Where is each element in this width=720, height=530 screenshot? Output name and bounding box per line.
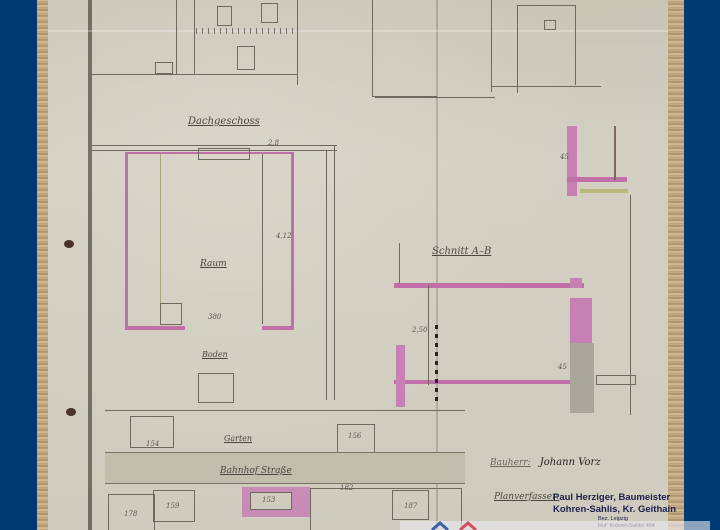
small-plan-label: Boden <box>202 350 228 359</box>
section-title: Schnitt A–B <box>432 246 491 257</box>
paper-hole-top <box>64 240 74 248</box>
planner-label: Planverfasser: <box>494 492 559 502</box>
street-label: Bahnhof Straße <box>220 466 292 476</box>
owner-name: Johann Vorz <box>540 457 601 468</box>
paper-fold-left <box>88 0 92 530</box>
section-height-dim: 2,50 <box>412 326 428 334</box>
paper-fold-center <box>436 0 438 530</box>
left-frame-border <box>0 0 37 530</box>
right-wood-edge <box>668 0 684 530</box>
section-top-dim: 45 <box>560 153 569 161</box>
dim-top: 2,8 <box>268 139 279 147</box>
watermark-band <box>400 521 710 530</box>
right-frame-border <box>684 0 720 530</box>
owner-signature: Bauherr: Johann Vorz <box>490 457 601 468</box>
room-label: Raum <box>200 259 227 269</box>
paper-hole-bottom <box>66 408 76 416</box>
dim-side: 4,12 <box>276 232 292 240</box>
logo-icon <box>430 521 510 530</box>
dim-bottom: 380 <box>208 313 221 321</box>
garden-label: Garten <box>224 434 252 443</box>
floor-plan-title: Dachgeschoss <box>188 116 260 127</box>
section-wall-dim: 45 <box>558 363 567 371</box>
